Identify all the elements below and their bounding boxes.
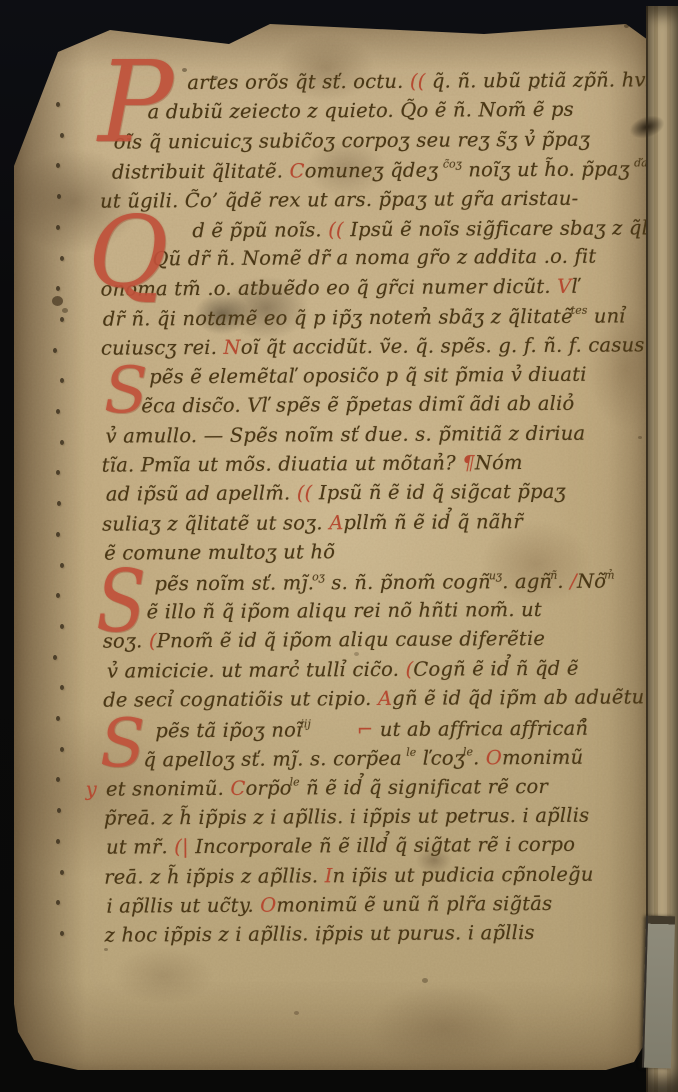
text-segment: de secỉ cognatiõis ut cipio. [103,687,378,712]
text-segment: gñ ẽ id q̃d ip̃m ab aduẽtu [392,686,644,711]
manuscript-line: cuiuscʒ rei. Noĩ q̃t accidũt. ṽe. q̃. sp… [101,333,636,366]
text-segment: ut ab affrica affricañ̉ [373,716,588,740]
manuscript-page: artes orõs q̃t sť. octu. (( q̃. ñ. ubũ p… [14,16,648,1070]
manuscript-line: a dubiũ zeiecto z quieto. Q̃o ẽ ñ. Nom̃ … [99,98,634,131]
text-segment: . [557,569,570,592]
manuscript-line: soʒ. (Pnom̃ ẽ id q̃ ip̃om aliqu cause di… [103,627,638,660]
text-segment: oʒ [312,570,325,583]
manuscript-line: q̃ apelloʒ sť. mj̃. s. corp̃ea le ľcoʒle… [103,744,638,777]
text-segment: d ẽ p̃pũ noĩs. [192,218,328,242]
text-segment: dr̃ ñ. q̃i notamẽ eo q̃ p ip̃ʒ notem̉ sb… [103,305,573,331]
manuscript-line: p̃reā. z h̃ ip̃pis z i ap̃llis. i ip̃pis… [104,803,639,836]
manuscript-line: ẽca disc̃o. Vľ spẽs ẽ p̃petas dimĩ ãdi a… [101,392,636,425]
text-segment: reā. z h̃ ip̃pis z ap̃llis. [104,864,325,888]
ink-speck [62,308,68,313]
text-segment: distribuit q̃litatẽ. [112,160,290,184]
text-segment: O [260,894,276,917]
text-segment: le [406,746,416,759]
manuscript-line: de secỉ cognatiõis ut cipio. Agñ ẽ id q̃… [103,686,638,719]
ink-speck [638,436,642,439]
text-segment: noĩʒ ut h̃o. p̃paʒ [462,158,636,182]
text-segment: c̃oʒ [443,158,462,171]
text-segment: Nõ [577,569,606,592]
text-segment: Ipsũ ñ ẽ id q̃ sig̃cat p̃paʒ [312,480,565,505]
manuscript-line: v̉ amicicie. ut marc̉ tullỉ cic̃o. (Cogñ… [103,656,638,689]
manuscript-line: ut ũgili. C̃o’ q̃dẽ rex ut ars. p̃paʒ ut… [100,186,635,219]
text-segment: oĩ q̃t accidũt. ṽe. q̃. spẽs. g. f. ñ. f… [241,333,645,358]
text-segment: v̉ amullo. — Spẽs noĩm sť due. s. p̃miti… [105,421,585,447]
text-segment: pẽs noĩm sť. mj̃. [154,571,314,595]
text-segment: a dubiũ zeiecto z quieto. Q̃o ẽ ñ. Nom̃ … [147,98,573,124]
repair-tab [642,916,675,1069]
text-segment: omuneʒ q̃deʒ [305,159,445,183]
text-segment: A [378,687,392,710]
text-segment: monimũ ẽ unũ ñ plr̃a sig̃tās [276,892,552,917]
text-segment: (( [328,218,344,241]
text-segment: monimũ [502,746,583,769]
manuscript-line: onoma tm̃ .o. atbuẽdo eo q̃ gr̃ci numer … [101,274,636,307]
text-segment: ut mr̃. [106,835,174,858]
text-segment: Incorporale ñ ẽ illd̉ q̃ sig̃tat rẽ i co… [189,833,575,858]
text-segment: . agñ [502,570,552,593]
text-segment: ut ũgili. C̃o’ q̃dẽ rex ut ars. p̃paʒ ut… [100,186,578,212]
manuscript-line: ẽ illo ñ q̃ ip̃om aliqu rei nõ hñti nom̃… [103,597,638,630]
text-segment: V [557,274,571,297]
text-segment: oĩs q̃ unicuicʒ subic̃oʒ corpoʒ seu reʒ … [114,127,591,153]
photo-background: { "artifact": { "kind": "medieval-manusc… [0,0,678,1092]
text-segment: y [86,778,97,801]
text-segment: ( [149,630,157,653]
text-segment: orp̃o [245,777,291,800]
manuscript-line: reā. z h̃ ip̃pis z ap̃llis. In ip̃is ut … [104,862,639,895]
manuscript-line: d ẽ p̃pũ noĩs. (( Ipsũ ẽ noĩs sig̃ficare… [100,215,635,248]
text-segment: ẽca disc̃o. Vľ spẽs ẽ p̃petas dimĩ ãdi a… [141,392,574,418]
text-segment: (| [174,835,189,858]
text-segment: O [486,746,502,769]
text-segment: ñ ẽ id̉ q̃ significat rẽ cor [300,775,548,800]
manuscript-line: suliaʒ z q̃litatẽ ut soʒ. Apllm̃ ñ ẽ id̉… [102,509,637,542]
text-segment: ¶ [462,451,475,474]
manuscript-line: Qũ dr̃ ñ. Nomẽ dr̃ a noma gr̃o z addita … [100,245,635,278]
manuscript-line: yet snonimũ. Corp̃ole ñ ẽ id̉ q̃ signifi… [104,774,639,807]
manuscript-line: dr̃ ñ. q̃i notamẽ eo q̃ p ip̃ʒ notem̉ sb… [101,303,636,336]
manuscript-line: v̉ amullo. — Spẽs noĩm sť due. s. p̃miti… [101,421,636,454]
text-segment: (( [297,482,313,505]
manuscript-line: i ap̃llis ut uc̃ty. Omonimũ ẽ unũ ñ plr̃… [104,891,639,924]
text-segment: Nóm [475,451,523,474]
text-segment: m̉ [604,568,615,581]
manuscript-line: pẽs noĩm sť. mj̃.oʒ s. ñ. p̃nom̃ cogñuʒ.… [102,568,637,601]
manuscript-line: distribuit q̃litatẽ. Comuneʒ q̃deʒ c̃oʒ … [100,157,635,190]
text-segment: soʒ. [103,630,149,653]
text-segment: (( [410,70,426,93]
text-segment: pllm̃ ñ ẽ id̉ q̃ nãhr̃ [343,510,523,534]
text-segment: onoma tm̃ .o. atbuẽdo eo q̃ gr̃ci numer … [101,275,558,301]
ink-speck [52,296,63,306]
text-segment: q̃ apelloʒ sť. mj̃. s. corp̃ea [143,747,408,772]
manuscript-line: artes orõs q̃t sť. octu. (( q̃. ñ. ubũ p… [99,68,634,101]
text-segment: ñ [550,568,557,581]
manuscript-line: oĩs q̃ unicuicʒ subic̃oʒ corpoʒ seu reʒ … [100,127,635,160]
text-segment: Pnom̃ ẽ id q̃ ip̃om aliqu cause diferẽti… [157,627,545,652]
text-segment: iij [300,717,311,730]
text-segment: ľcoʒ [416,746,465,769]
text-segment: pẽs ẽ elemẽtaľ oposic̃o p q̃ sit p̃mia v… [149,363,587,389]
ink-speck [624,24,629,28]
text-segment: artes orõs q̃t sť. octu. [187,70,410,94]
manuscript-line: z hoc ip̃pis z i ap̃llis. ip̃pis ut puru… [105,921,640,954]
text-segment: pẽs tã ip̃oʒ noĩ [155,718,302,742]
text-segment: . [473,746,486,769]
ink-speck [422,978,428,983]
text-segment: suliaʒ z q̃litatẽ ut soʒ. [102,511,329,535]
text-segment: uʒ [489,569,502,582]
manuscript-line: pẽs ẽ elemẽtaľ oposic̃o p q̃ sit p̃mia v… [101,362,636,395]
text-segment: ẽ illo ñ q̃ ip̃om aliqu rei nõ hñti nom̃… [147,598,542,623]
text-segment: tes [571,304,588,317]
text-segment: unỉ [587,305,625,328]
text-segment: ad ip̃sũ ad apellm̃. [106,482,297,506]
text-segment: le [463,745,473,758]
manuscript-line: ut mr̃. (| Incorporale ñ ẽ illd̉ q̃ sig̃… [104,833,639,866]
text-segment: C [289,160,304,183]
manuscript-line: ad ip̃sũ ad apellm̃. (( Ipsũ ñ ẽ id q̃ s… [102,480,637,513]
manuscript-text: artes orõs q̃t sť. octu. (( q̃. ñ. ubũ p… [99,68,639,953]
text-segment: ẽ comune multoʒ ut hõ [104,540,335,564]
manuscript-line: pẽs tã ip̃oʒ noĩiij⌐ ut ab affrica affri… [103,715,638,748]
text-segment: q̃. ñ. ubũ ptiã zp̃ñ. hvsľ [425,68,663,92]
text-segment: z hoc ip̃pis z i ap̃llis. ip̃pis ut puru… [105,921,535,947]
text-segment: ⌐ [357,718,374,741]
text-segment: p̃reā. z h̃ ip̃pis z i ap̃llis. i ip̃pis… [104,803,590,829]
text-segment: i ap̃llis ut uc̃ty. [106,894,260,918]
text-segment: et snonimũ. [106,777,231,801]
ink-speck [294,1011,299,1015]
text-segment: tĩa. Pmĩa ut mõs. diuatia ut mõtan̉? [102,452,463,477]
text-segment: Qũ dr̃ ñ. Nomẽ dr̃ a noma gr̃o z addita … [152,245,596,271]
text-segment: A [329,511,343,534]
text-segment: Ipsũ ẽ noĩs sig̃ficare sbaʒ z q̃litatẽ [344,216,678,241]
text-segment: cuiuscʒ rei. [101,335,224,359]
text-segment: ľ [571,274,579,297]
text-segment: C [230,777,245,800]
text-segment: Cogñ ẽ id̉ ñ q̃d ẽ [413,657,578,681]
text-segment: v̉ amicicie. ut marc̉ tullỉ cic̃o. [107,658,406,683]
text-segment: le [290,776,300,789]
manuscript-line: ẽ comune multoʒ ut hõ [102,539,637,572]
text-segment: N [223,335,240,358]
text-segment: n ip̃is ut pudicia cp̃noleg̃u [333,862,594,887]
manuscript-line: tĩa. Pmĩa ut mõs. diuatia ut mõtan̉? ¶Nó… [102,450,637,483]
text-segment: s. ñ. p̃nom̃ cogñ [325,570,491,594]
